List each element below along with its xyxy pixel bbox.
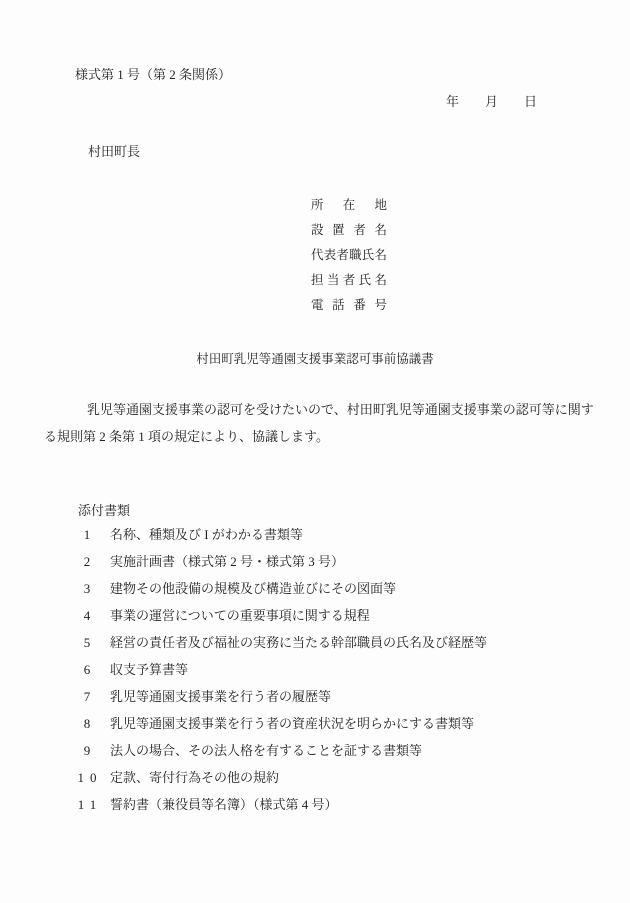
document-page: 様式第 1 号（第 2 条関係） 年 月 日 村田町長 所在地 設置者名 代表者…	[0, 0, 630, 903]
attachments-heading: 添付書類	[78, 500, 130, 519]
attachment-number: 7	[76, 683, 104, 710]
attachment-list: 1 名称、種類及び I がわかる書類等 2 実施計画書（様式第 2 号・様式第 …	[76, 521, 487, 818]
applicant-field-phone: 電話番号	[311, 293, 387, 318]
form-number: 様式第 1 号（第 2 条関係）	[75, 64, 231, 83]
attachment-text: 事業の運営についての重要事項に関する規程	[110, 602, 370, 629]
attachment-item: 6 収支予算書等	[76, 656, 487, 683]
attachment-text: 乳児等通園支援事業を行う者の資産状況を明らかにする書類等	[110, 710, 474, 737]
attachment-number: 5	[76, 629, 104, 656]
applicant-field-address: 所在地	[311, 193, 387, 218]
attachment-item: 4 事業の運営についての重要事項に関する規程	[76, 602, 487, 629]
attachment-number: 10	[76, 764, 104, 791]
attachment-item: 2 実施計画書（様式第 2 号・様式第 3 号）	[76, 548, 487, 575]
attachment-item: 1 名称、種類及び I がわかる書類等	[76, 521, 487, 548]
attachment-number: 8	[76, 710, 104, 737]
attachment-text: 建物その他設備の規模及び構造並びにその図面等	[110, 575, 396, 602]
date-line: 年 月 日	[446, 91, 537, 110]
attachment-number: 3	[76, 575, 104, 602]
attachment-item: 9 法人の場合、その法人格を有することを証する書類等	[76, 737, 487, 764]
body-line-1: 乳児等通園支援事業の認可を受けたいので、村田町乳児等通園支援事業の認可等に関す	[44, 396, 594, 423]
attachment-number: 1	[76, 521, 104, 548]
attachment-item: 10 定款、寄付行為その他の規約	[76, 764, 487, 791]
attachment-text: 経営の責任者及び福祉の実務に当たる幹部職員の氏名及び経歴等	[110, 629, 487, 656]
attachment-number: 11	[76, 791, 104, 818]
attachment-text: 誓約書（兼役員等名簿）（様式第 4 号）	[110, 791, 338, 818]
attachment-item: 7 乳児等通園支援事業を行う者の履歴等	[76, 683, 487, 710]
document-title: 村田町乳児等通園支援事業認可事前協議書	[0, 349, 630, 367]
applicant-field-representative: 代表者職氏名	[311, 243, 387, 268]
attachment-item: 8 乳児等通園支援事業を行う者の資産状況を明らかにする書類等	[76, 710, 487, 737]
attachment-text: 名称、種類及び I がわかる書類等	[110, 521, 303, 548]
body-paragraph: 乳児等通園支援事業の認可を受けたいので、村田町乳児等通園支援事業の認可等に関す …	[44, 396, 594, 450]
body-line-2: る規則第 2 条第 1 項の規定により、協議します。	[44, 423, 594, 450]
attachment-item: 11 誓約書（兼役員等名簿）（様式第 4 号）	[76, 791, 487, 818]
attachment-item: 3 建物その他設備の規模及び構造並びにその図面等	[76, 575, 487, 602]
attachment-number: 9	[76, 737, 104, 764]
addressee: 村田町長	[88, 141, 140, 160]
attachment-number: 4	[76, 602, 104, 629]
attachment-item: 5 経営の責任者及び福祉の実務に当たる幹部職員の氏名及び経歴等	[76, 629, 487, 656]
attachment-text: 法人の場合、その法人格を有することを証する書類等	[110, 737, 422, 764]
applicant-field-contact-person: 担当者氏名	[311, 268, 387, 293]
applicant-field-founder-name: 設置者名	[311, 218, 387, 243]
applicant-fields-block: 所在地 設置者名 代表者職氏名 担当者氏名 電話番号	[311, 193, 387, 318]
attachment-number: 2	[76, 548, 104, 575]
attachment-text: 収支予算書等	[110, 656, 188, 683]
attachment-text: 乳児等通園支援事業を行う者の履歴等	[110, 683, 331, 710]
attachment-number: 6	[76, 656, 104, 683]
attachment-text: 実施計画書（様式第 2 号・様式第 3 号）	[110, 548, 344, 575]
attachment-text: 定款、寄付行為その他の規約	[110, 764, 279, 791]
